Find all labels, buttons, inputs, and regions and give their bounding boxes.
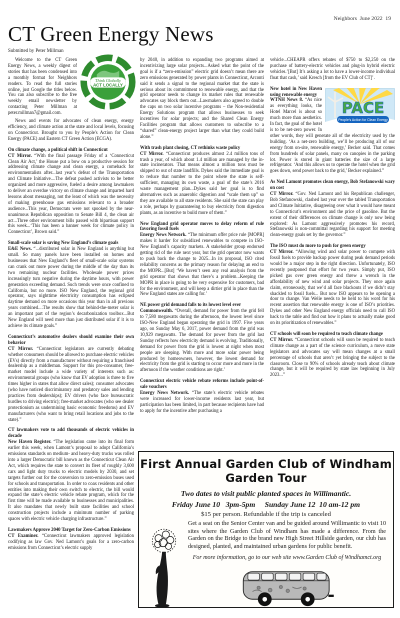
story-body: “With the final passage Friday of a ‘Con… [8, 154, 134, 236]
story-lamont-stefanowski: As Ned Lamont promotes clean energy, Bob… [270, 180, 395, 239]
story-body: “Connecticut schools will soon be requir… [270, 338, 395, 378]
story-source: CT Mirror. [270, 192, 293, 197]
newspaper-page: Neighbors June 2022 19 CT Green Energy N… [0, 0, 400, 618]
story-body: “Allowing wind and solar power to compet… [270, 250, 395, 326]
edition-line: Neighbors June 2022 19 [334, 16, 391, 22]
story-body: “Connecticut produces almost 2.4 million… [140, 152, 264, 216]
story-source: CT Mirror. [8, 154, 32, 159]
story-body: “The legislation came into its final for… [8, 440, 134, 522]
ad-body-text: Get a seat on the Senior Center van and … [188, 521, 386, 551]
story-source: CT Mirror. [270, 338, 293, 343]
pace-logo-icon: PACE People's Action for Clean Energy [325, 88, 395, 131]
page-title: CT Green Energy News [8, 22, 214, 47]
story-ev-thousands: CT lawmakers vote to add thousands of el… [8, 428, 134, 523]
story-source: E&E News. [8, 247, 32, 252]
story-source: CT Mirror. [270, 250, 294, 255]
van-illustration-icon [188, 564, 386, 615]
ecga-text-bottom: ACT LOCALLY [93, 83, 123, 88]
ad-website-line: For more information, go to our web site… [188, 555, 386, 561]
story-source: CT Mirror. [8, 347, 33, 352]
ecga-logo-icon: Think Globally ACT LOCALLY [80, 54, 136, 110]
story-source: CT Mirror. [140, 152, 164, 157]
garden-tour-ad: First Annual Garden Club of Windham Gard… [138, 451, 394, 608]
story-body: “...distributed solar in New England is … [8, 247, 134, 329]
story-hotel-marcel: PACE People's Action for Clean Energy Ne… [270, 87, 395, 176]
intro-paragraph-2: News and events for advocates of clean e… [8, 119, 134, 143]
column-1: Think Globally ACT LOCALLY Welcome to th… [8, 58, 134, 552]
story-grid-demand: NE power grid demand falls to its lowest… [140, 303, 264, 374]
story-source: CT Examiner. [8, 534, 38, 539]
column-2: by 2040, in addition to expanding two pr… [140, 58, 264, 415]
story-schools-climate: CT schools will soon be required to teac… [270, 332, 395, 379]
story-small-scale-solar: Small-scale solar is saving New England’… [8, 241, 134, 330]
story-trash-plant: With trash plant closing, CT rethinks wa… [140, 146, 264, 217]
story-body: “Connecticut legislators are currently d… [8, 347, 134, 423]
story-source: New Haven Register. [8, 440, 51, 445]
ad-title: First Annual Garden Club of Windham Gard… [139, 457, 393, 485]
story-rebate-vouchers: Connecticut electric vehicle rebate refo… [140, 379, 264, 414]
story-body: “Gov. Ned Lamont and his Republican chal… [270, 192, 395, 238]
story-climate-shift: On climate change, a political shift in … [8, 148, 134, 237]
story-source: Energy News Network. [140, 233, 186, 238]
story-headline: As Ned Lamont promotes clean energy, Bob… [270, 180, 395, 192]
story-body: “The minimum offer price rule [MOPR] mak… [140, 233, 264, 297]
ad-subtitle: Two dates to visit public planted spaces… [139, 489, 393, 498]
story-auto-dealers: Connecticut’s automotive dealers should … [8, 335, 134, 424]
intro-section: Think Globally ACT LOCALLY Welcome to th… [8, 58, 134, 143]
ad-price: $15 per person. Refundable if the trip i… [139, 511, 393, 518]
pace-tagline: People's Action for Clean Energy [338, 118, 388, 122]
story-headline: CT lawmakers vote to add thousands of el… [8, 428, 134, 440]
story-headline: Connecticut electric vehicle rebate refo… [140, 379, 264, 391]
pace-wordmark: PACE [342, 99, 384, 117]
column-3: vehicle...CHEAPR offers rebates of $750 … [270, 58, 395, 379]
byline: Submitted by Peter Millman [8, 49, 64, 54]
story-mopr-delay: New England grid operator moves to delay… [140, 222, 264, 299]
story-headline: Connecticut’s automotive dealers should … [8, 335, 134, 347]
story-source: Commonwealth. [140, 309, 173, 314]
story-headline: New England grid operator moves to delay… [140, 222, 264, 234]
story-body: “Overall, demand for power from the grid… [140, 309, 264, 373]
ad-dates: Friday June 10 3pm-5pm Sunday June 12 10… [139, 500, 393, 509]
story-zero-carbon-2040: Lawmakers Approve 2040 Target for Zero-C… [8, 528, 134, 552]
continuation-paragraph: by 2040, in addition to expanding two pr… [140, 58, 264, 141]
garden-club-logo-icon [146, 521, 182, 613]
continuation-paragraph: vehicle...CHEAPR offers rebates of $750 … [270, 58, 395, 82]
story-source: Energy News Network. [140, 391, 189, 396]
story-source: WTNH News 8. [270, 98, 303, 103]
story-iso-green-energy: The ISO must do more to push for green e… [270, 244, 395, 327]
